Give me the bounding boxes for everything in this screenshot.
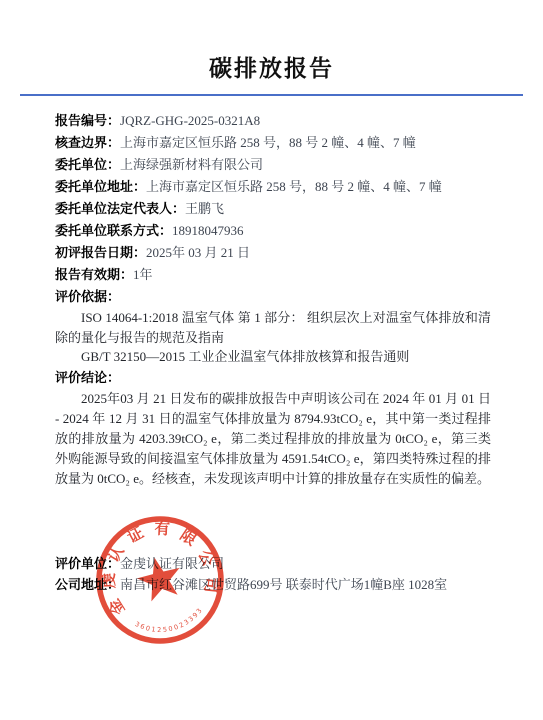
field-label: 评价单位： xyxy=(55,556,120,571)
field-label: 委托单位： xyxy=(55,157,120,172)
field-validity-period: 报告有效期：1年 xyxy=(55,266,491,283)
field-value: 18918047936 xyxy=(172,223,244,238)
evaluation-conclusion-text: 2025年03 月 21 日发布的碳排放报告中声明该公司在 2024 年 01 … xyxy=(55,389,491,489)
field-value: 南昌市红谷滩区世贸路699号 联泰时代广场1幢B座 1028室 xyxy=(120,577,447,592)
field-label: 公司地址： xyxy=(55,577,120,592)
field-value: JQRZ-GHG-2025-0321A8 xyxy=(120,113,260,128)
report-footer: 评价单位：金虔认证有限公司 公司地址：南昌市红谷滩区世贸路699号 联泰时代广场… xyxy=(55,556,515,598)
field-value: 王鹏飞 xyxy=(185,201,224,216)
field-value: 金虔认证有限公司 xyxy=(120,556,224,571)
field-label: 委托单位联系方式： xyxy=(55,223,172,238)
field-value: 上海市嘉定区恒乐路 258 号，88 号 2 幢、4 幢、7 幢 xyxy=(146,179,442,194)
field-value: 2025年 03 月 21 日 xyxy=(146,245,250,260)
page-title: 碳排放报告 xyxy=(0,50,543,83)
field-label: 初评报告日期： xyxy=(55,245,146,260)
field-client-name: 委托单位：上海绿强新材料有限公司 xyxy=(55,156,491,173)
field-label: 核查边界： xyxy=(55,135,120,150)
evaluation-basis-heading: 评价依据： xyxy=(55,288,491,306)
basis-item-gbt: GB/T 32150—2015 工业企业温室气体排放核算和报告通则 xyxy=(55,347,491,367)
field-initial-report-date: 初评报告日期：2025年 03 月 21 日 xyxy=(55,244,491,261)
field-report-number: 报告编号：JQRZ-GHG-2025-0321A8 xyxy=(55,112,491,129)
basis-item-iso: ISO 14064-1:2018 温室气体 第 1 部分： 组织层次上对温室气体… xyxy=(55,308,491,347)
evaluation-conclusion-heading: 评价结论： xyxy=(55,369,491,387)
seal-registration-number: 3601250023393 xyxy=(132,604,208,642)
field-label: 委托单位地址： xyxy=(55,179,146,194)
field-value: 上海市嘉定区恒乐路 258 号，88 号 2 幢、4 幢、7 幢 xyxy=(120,135,416,150)
field-value: 1年 xyxy=(133,267,153,282)
title-divider-rule xyxy=(20,94,523,96)
field-evaluator-company-address: 公司地址：南昌市红谷滩区世贸路699号 联泰时代广场1幢B座 1028室 xyxy=(55,577,515,593)
field-client-address: 委托单位地址：上海市嘉定区恒乐路 258 号，88 号 2 幢、4 幢、7 幢 xyxy=(55,178,491,195)
field-label: 报告有效期： xyxy=(55,267,133,282)
field-label: 报告编号： xyxy=(55,113,120,128)
carbon-emission-report-page: 碳排放报告 报告编号：JQRZ-GHG-2025-0321A8 核查边界：上海市… xyxy=(0,0,543,720)
report-body: 报告编号：JQRZ-GHG-2025-0321A8 核查边界：上海市嘉定区恒乐路… xyxy=(55,112,491,489)
field-label: 委托单位法定代表人： xyxy=(55,201,185,216)
field-evaluation-unit: 评价单位：金虔认证有限公司 xyxy=(55,556,515,572)
field-contact-phone: 委托单位联系方式：18918047936 xyxy=(55,222,491,239)
field-legal-representative: 委托单位法定代表人：王鹏飞 xyxy=(55,200,491,217)
field-value: 上海绿强新材料有限公司 xyxy=(120,157,263,172)
field-verification-boundary: 核查边界：上海市嘉定区恒乐路 258 号，88 号 2 幢、4 幢、7 幢 xyxy=(55,134,491,151)
